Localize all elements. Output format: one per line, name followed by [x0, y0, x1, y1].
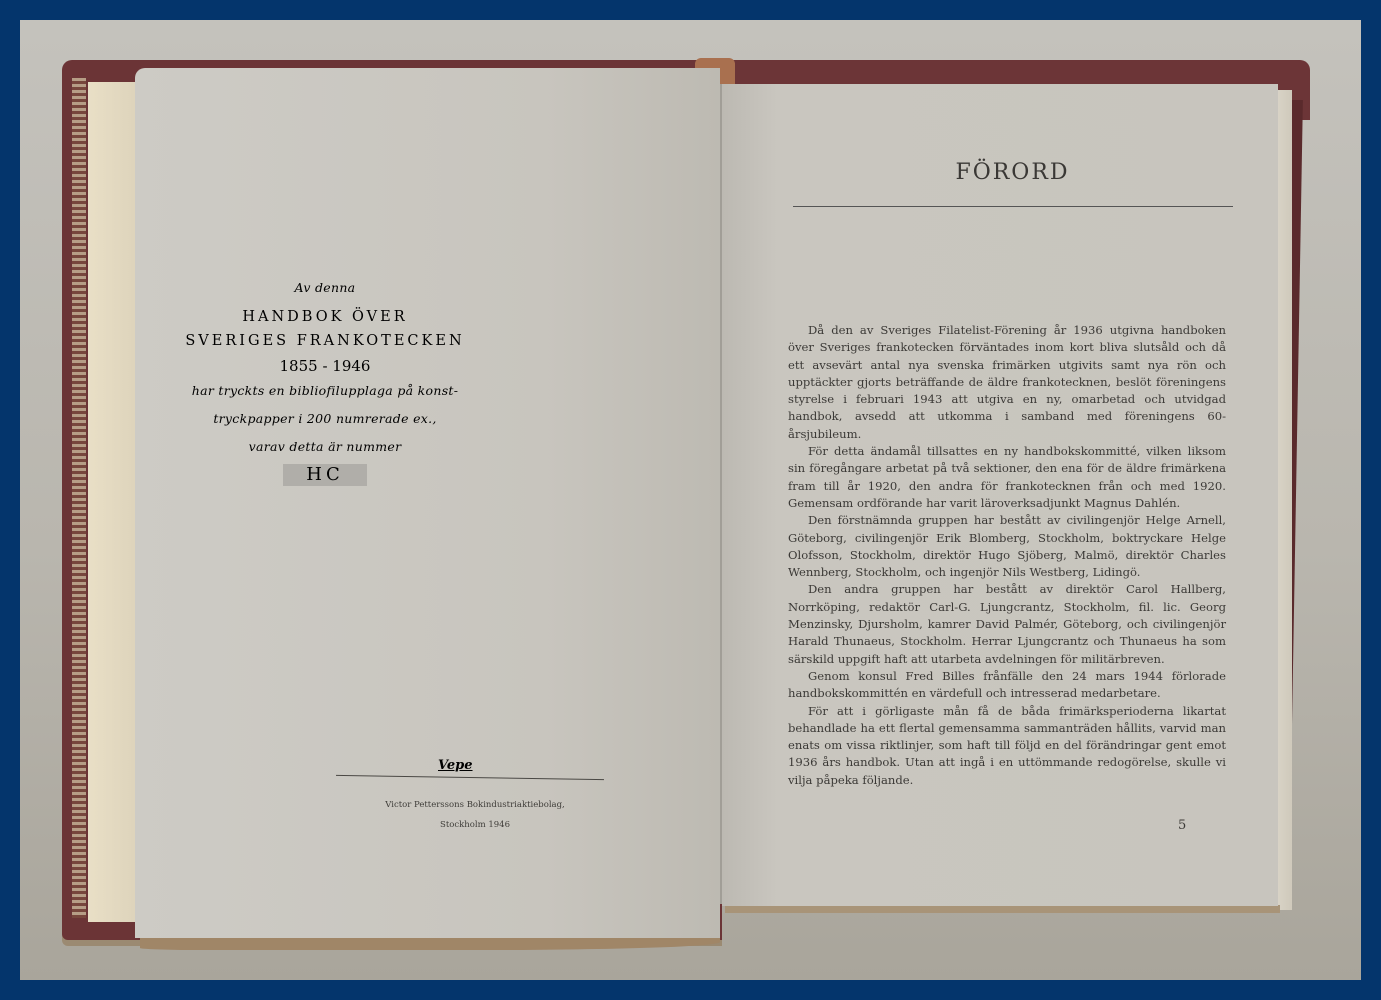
foreword-body: Då den av Sveriges Filatelist-Förening å…	[788, 322, 1226, 789]
printer-logo: Vepe	[438, 758, 473, 773]
printer-place-year: Stockholm 1946	[340, 815, 610, 835]
title-rule	[793, 206, 1233, 207]
paragraph: För att i görligaste mån få de båda frim…	[788, 703, 1226, 789]
printer-imprint: Victor Petterssons Bokindustriaktiebolag…	[340, 795, 610, 835]
colophon-line1: har tryckts en bibliofilupplaga på konst…	[185, 383, 465, 398]
gilt-edge-left	[72, 78, 86, 918]
paragraph: För detta ändamål tillsattes en ny handb…	[788, 443, 1226, 512]
paragraph: Genom konsul Fred Billes frånfälle den 2…	[788, 668, 1226, 703]
paragraph: Den andra gruppen har bestått av direktö…	[788, 581, 1226, 667]
colophon-years: 1855 - 1946	[185, 357, 465, 375]
edition-number: HC	[283, 464, 367, 486]
colophon-title-line1: HANDBOK ÖVER	[185, 309, 465, 325]
colophon: Av denna HANDBOK ÖVER SVERIGES FRANKOTEC…	[185, 280, 465, 486]
page-stack-right-bottom	[725, 905, 1280, 913]
paragraph: Den förstnämnda gruppen har bestått av c…	[788, 512, 1226, 581]
page-stack-left	[88, 82, 138, 922]
colophon-line3: varav detta är nummer	[185, 439, 465, 454]
paragraph: Då den av Sveriges Filatelist-Förening å…	[788, 322, 1226, 443]
printer-name: Victor Petterssons Bokindustriaktiebolag…	[340, 795, 610, 815]
page-number: 5	[1178, 818, 1186, 833]
colophon-line2: tryckpapper i 200 numrerade ex.,	[185, 411, 465, 426]
colophon-title-line2: SVERIGES FRANKOTECKEN	[185, 333, 465, 349]
chapter-title: FÖRORD	[790, 160, 1235, 185]
colophon-intro: Av denna	[185, 280, 465, 295]
